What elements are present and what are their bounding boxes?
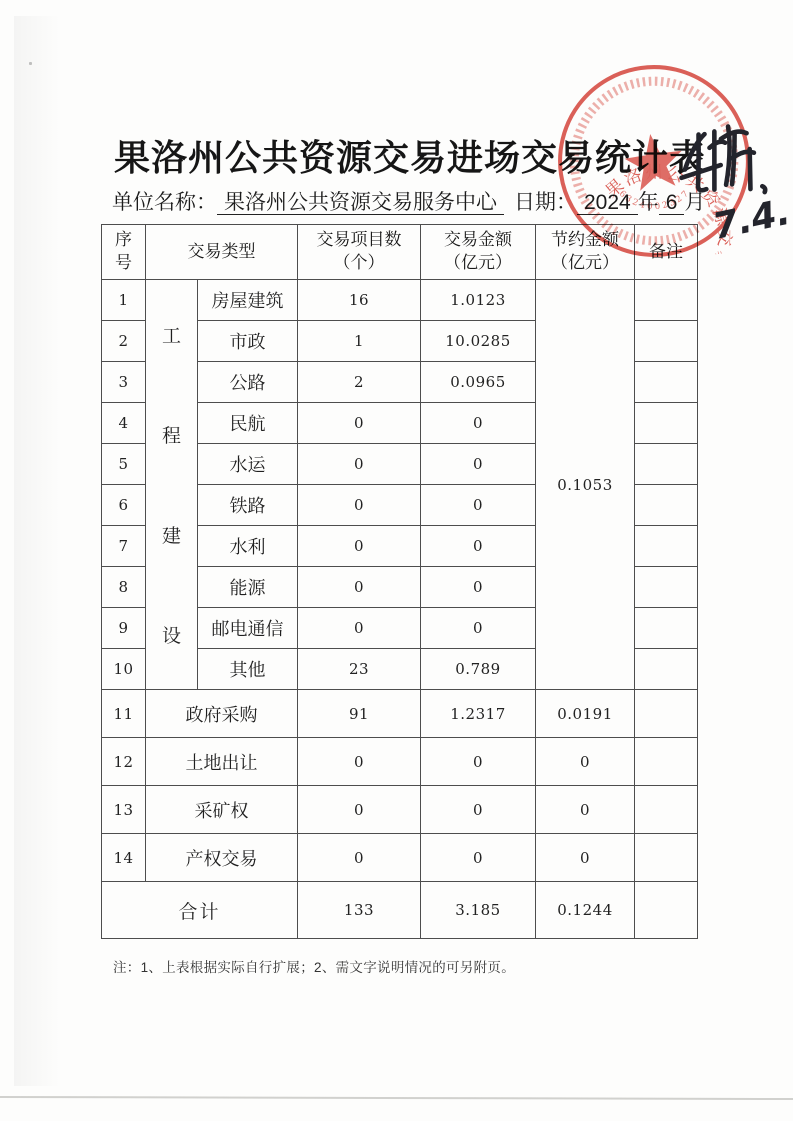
- scan-speck: [29, 62, 32, 65]
- cell-no: 8: [102, 567, 146, 608]
- cell-type: 政府采购: [146, 690, 298, 738]
- cell-type: 采矿权: [146, 786, 298, 834]
- total-amount: 3.185: [421, 882, 536, 939]
- total-count: 133: [298, 882, 421, 939]
- table-row: 13 采矿权 0 0 0: [102, 786, 698, 834]
- total-label: 合计: [102, 882, 298, 939]
- cell-amount: 0: [421, 608, 536, 649]
- unit-name-value: 果洛州公共资源交易服务中心: [217, 191, 504, 215]
- date-label: 日期：: [514, 191, 577, 214]
- statistics-table: 序 号 交易类型 交易项目数 （个） 交易金额 （亿元） 节约金额 （亿元） 备…: [101, 224, 698, 939]
- cell-type: 产权交易: [146, 834, 298, 882]
- cell-amount: 0: [421, 526, 536, 567]
- cell-no: 5: [102, 444, 146, 485]
- table-row: 11 政府采购 91 1.2317 0.0191: [102, 690, 698, 738]
- unit-name-label: 单位名称：: [112, 191, 217, 214]
- cell-count: 0: [298, 444, 421, 485]
- cell-count: 0: [298, 608, 421, 649]
- cell-count: 0: [298, 786, 421, 834]
- cell-count: 0: [298, 403, 421, 444]
- cell-amount: 0: [421, 567, 536, 608]
- cell-no: 4: [102, 403, 146, 444]
- cell-amount: 0: [421, 403, 536, 444]
- engineering-char: 建: [162, 521, 181, 548]
- cell-no: 1: [102, 280, 146, 321]
- cell-type: 房屋建筑: [198, 280, 298, 321]
- cell-no: 2: [102, 321, 146, 362]
- cell-type: 能源: [198, 567, 298, 608]
- cell-amount: 0: [421, 786, 536, 834]
- cell-type: 民航: [198, 403, 298, 444]
- statistics-table-wrapper: 序 号 交易类型 交易项目数 （个） 交易金额 （亿元） 节约金额 （亿元） 备…: [101, 224, 698, 939]
- cell-type: 铁路: [198, 485, 298, 526]
- cell-remark: [635, 690, 698, 738]
- cell-remark: [635, 834, 698, 882]
- table-row: 14 产权交易 0 0 0: [102, 834, 698, 882]
- engineering-vertical-label: 工 程 建 设: [148, 285, 195, 685]
- cell-count: 1: [298, 321, 421, 362]
- scanned-document-page: 果洛州公共资源交易进场交易统计表 单位名称：果洛州公共资源交易服务中心日期：20…: [0, 0, 793, 1121]
- cell-remark: [635, 526, 698, 567]
- cell-amount: 0: [421, 444, 536, 485]
- cell-remark: [635, 321, 698, 362]
- cell-amount: 10.0285: [421, 321, 536, 362]
- cell-type: 水运: [198, 444, 298, 485]
- cell-remark: [635, 362, 698, 403]
- cell-no: 7: [102, 526, 146, 567]
- cell-remark: [635, 882, 698, 939]
- cell-amount: 1.0123: [421, 280, 536, 321]
- cell-saved: 0: [536, 738, 635, 786]
- total-saved: 0.1244: [536, 882, 635, 939]
- col-header-count: 交易项目数 （个）: [298, 225, 421, 280]
- date-year-unit: 年: [638, 191, 659, 214]
- cell-type: 土地出让: [146, 738, 298, 786]
- engineering-category-cell: 工 程 建 设: [146, 280, 198, 690]
- cell-type: 邮电通信: [198, 608, 298, 649]
- col-header-type: 交易类型: [146, 225, 298, 280]
- cell-amount: 0.0965: [421, 362, 536, 403]
- cell-amount: 0.789: [421, 649, 536, 690]
- scan-bottom-edge: [0, 1096, 793, 1100]
- cell-amount: 0: [421, 834, 536, 882]
- cell-count: 0: [298, 834, 421, 882]
- cell-count: 91: [298, 690, 421, 738]
- cell-no: 13: [102, 786, 146, 834]
- date-month-unit: 月: [684, 191, 705, 214]
- cell-saved: 0.0191: [536, 690, 635, 738]
- cell-type: 水利: [198, 526, 298, 567]
- date-year-value: 2024: [577, 191, 638, 215]
- cell-type: 市政: [198, 321, 298, 362]
- cell-no: 3: [102, 362, 146, 403]
- cell-no: 6: [102, 485, 146, 526]
- cell-no: 12: [102, 738, 146, 786]
- cell-amount: 0: [421, 738, 536, 786]
- cell-remark: [635, 485, 698, 526]
- cell-type: 其他: [198, 649, 298, 690]
- col-header-remark: 备注: [635, 225, 698, 280]
- cell-remark: [635, 786, 698, 834]
- cell-count: 23: [298, 649, 421, 690]
- cell-remark: [635, 444, 698, 485]
- cell-count: 0: [298, 526, 421, 567]
- cell-remark: [635, 403, 698, 444]
- cell-amount: 1.2317: [421, 690, 536, 738]
- engineering-char: 程: [162, 421, 181, 448]
- table-row: 12 土地出让 0 0 0: [102, 738, 698, 786]
- cell-no: 11: [102, 690, 146, 738]
- subtitle-line: 单位名称：果洛州公共资源交易服务中心日期：2024年6月: [112, 186, 772, 216]
- total-row: 合计 133 3.185 0.1244: [102, 882, 698, 939]
- page-title: 果洛州公共资源交易进场交易统计表: [30, 130, 790, 181]
- cell-type: 公路: [198, 362, 298, 403]
- footnote: 注：1、上表根据实际自行扩展；2、需文字说明情况的可另附页。: [113, 956, 515, 976]
- table-header-row: 序 号 交易类型 交易项目数 （个） 交易金额 （亿元） 节约金额 （亿元） 备…: [102, 225, 698, 280]
- engineering-char: 工: [162, 321, 181, 348]
- cell-remark: [635, 738, 698, 786]
- cell-no: 9: [102, 608, 146, 649]
- cell-no: 14: [102, 834, 146, 882]
- cell-count: 0: [298, 567, 421, 608]
- table-row: 1 工 程 建 设 房屋建筑 16 1.0123 0.1053: [102, 280, 698, 321]
- cell-count: 16: [298, 280, 421, 321]
- col-header-amount: 交易金额 （亿元）: [421, 225, 536, 280]
- cell-no: 10: [102, 649, 146, 690]
- cell-remark: [635, 567, 698, 608]
- cell-remark: [635, 608, 698, 649]
- date-month-value: 6: [659, 191, 685, 215]
- cell-saved-merged: 0.1053: [536, 280, 635, 690]
- cell-count: 0: [298, 485, 421, 526]
- cell-amount: 0: [421, 485, 536, 526]
- cell-count: 0: [298, 738, 421, 786]
- engineering-char: 设: [162, 621, 181, 648]
- col-header-no: 序 号: [102, 225, 146, 280]
- cell-remark: [635, 649, 698, 690]
- col-header-saved: 节约金额 （亿元）: [536, 225, 635, 280]
- cell-count: 2: [298, 362, 421, 403]
- cell-saved: 0: [536, 834, 635, 882]
- cell-saved: 0: [536, 786, 635, 834]
- cell-remark: [635, 280, 698, 321]
